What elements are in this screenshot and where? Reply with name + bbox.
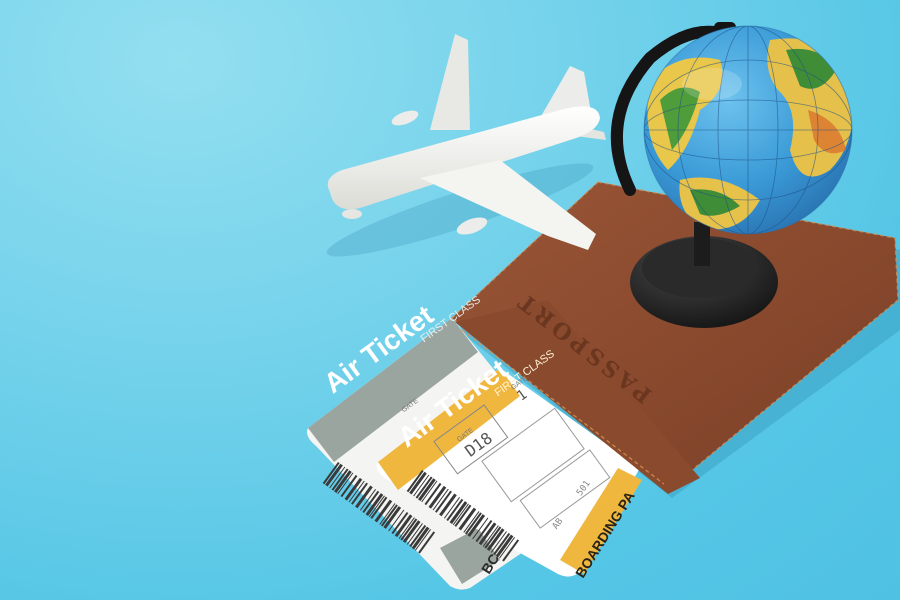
scene-illustration: PASSPORT [0, 0, 900, 600]
travel-scene: PASSPORT [0, 0, 900, 600]
desk-globe [644, 26, 854, 234]
